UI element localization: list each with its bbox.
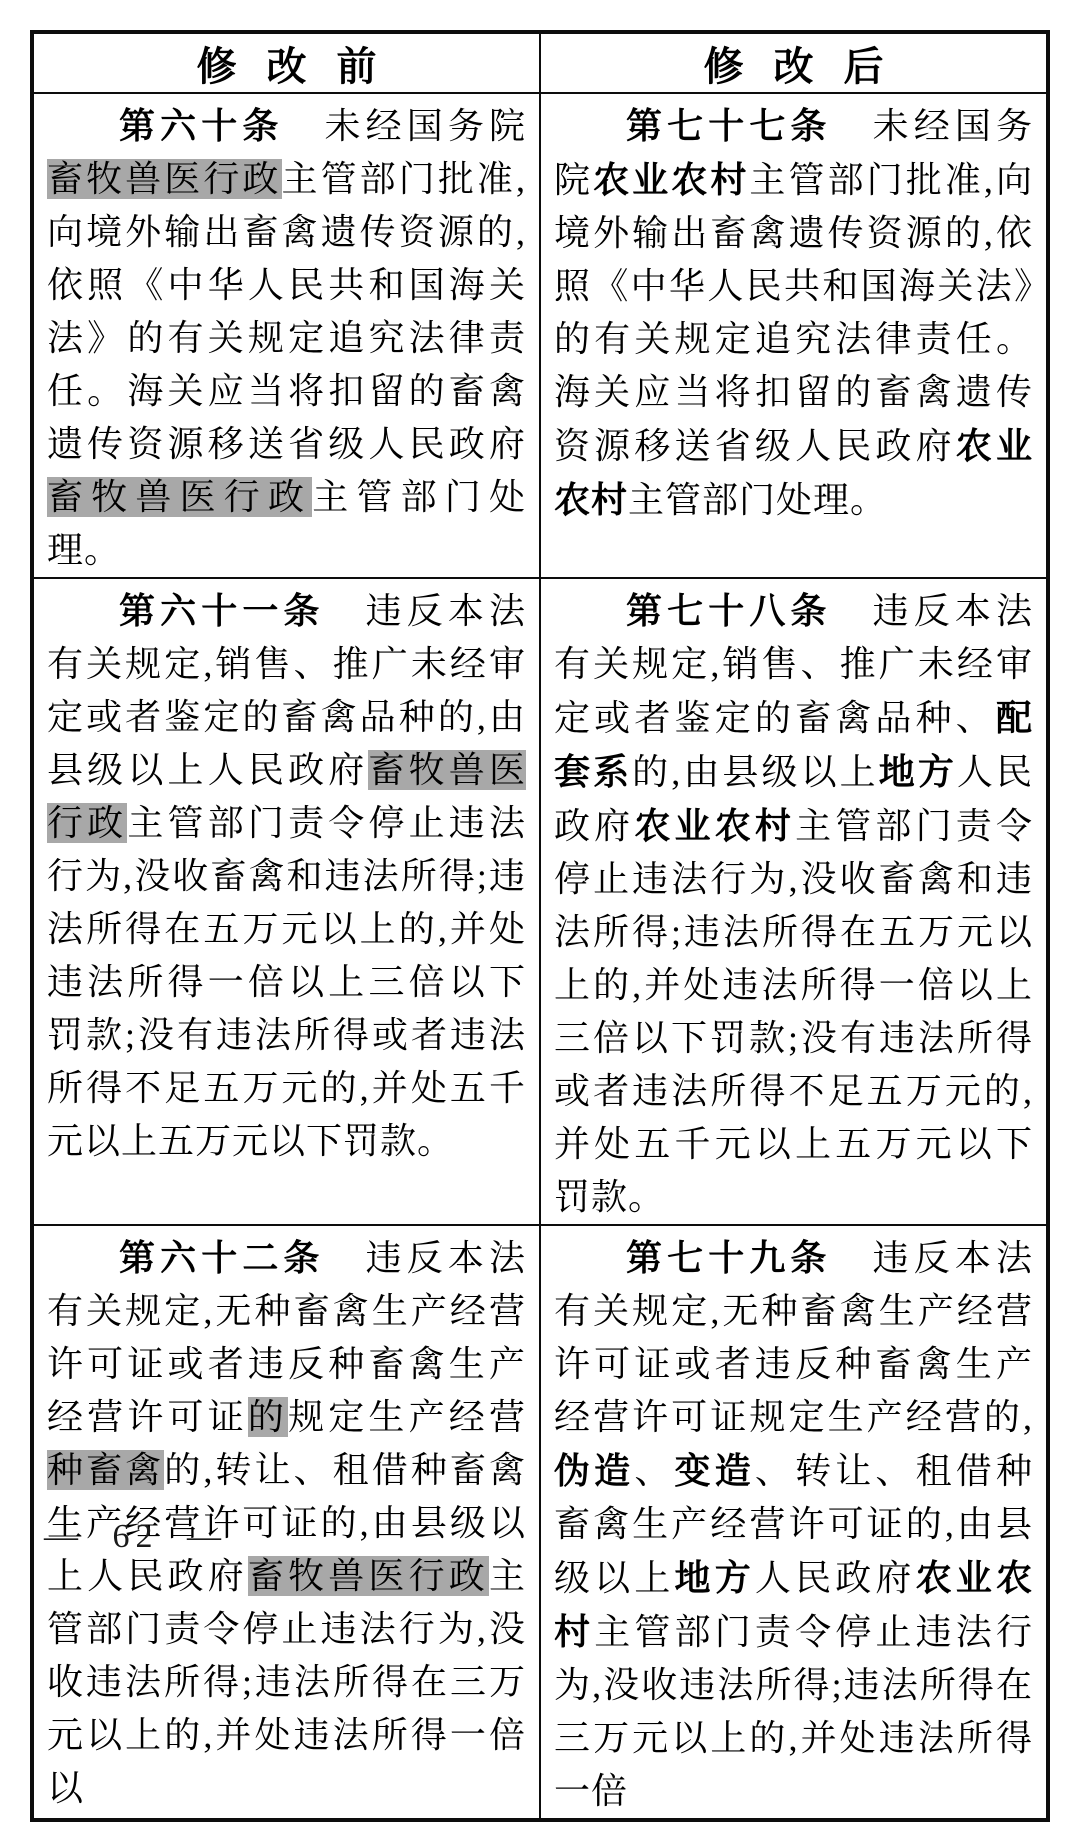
article-61-text: 第六十一条 违反本法有关规定,销售、推广未经审定或者鉴定的畜禽品种的,由县级以上… [47, 579, 526, 1168]
header-label-before: 修改前 [197, 45, 407, 89]
cell-after-article-79: 第七十九条 违反本法有关规定,无种畜禽生产经营许可证或者违反种畜禽生产经营许可证… [540, 1225, 1048, 1820]
cell-before-article-60: 第六十条 未经国务院畜牧兽医行政主管部门批准,向境外输出畜禽遗传资源的,依照《中… [32, 93, 540, 578]
cell-after-article-77: 第七十七条 未经国务院农业农村主管部门批准,向境外输出畜禽遗传资源的,依照《中华… [540, 93, 1048, 578]
table-row-article-61-78: 第六十一条 违反本法有关规定,销售、推广未经审定或者鉴定的畜禽品种的,由县级以上… [32, 578, 1048, 1225]
table-header-row: 修改前 修改后 [32, 32, 1048, 93]
cell-before-article-61: 第六十一条 违反本法有关规定,销售、推广未经审定或者鉴定的畜禽品种的,由县级以上… [32, 578, 540, 1225]
table-row-article-60-77: 第六十条 未经国务院畜牧兽医行政主管部门批准,向境外输出畜禽遗传资源的,依照《中… [32, 93, 1048, 578]
article-78-text: 第七十八条 违反本法有关规定,销售、推广未经审定或者鉴定的畜禽品种、配套系的,由… [554, 579, 1033, 1224]
header-label-after: 修改后 [704, 45, 914, 89]
article-60-text: 第六十条 未经国务院畜牧兽医行政主管部门批准,向境外输出畜禽遗传资源的,依照《中… [47, 94, 526, 577]
article-79-text: 第七十九条 违反本法有关规定,无种畜禽生产经营许可证或者违反种畜禽生产经营许可证… [554, 1226, 1033, 1818]
page-number-footer: — 62 — [44, 1518, 227, 1556]
cell-after-article-78: 第七十八条 违反本法有关规定,销售、推广未经审定或者鉴定的畜禽品种、配套系的,由… [540, 578, 1048, 1225]
header-cell-after: 修改后 [540, 32, 1048, 93]
article-77-text: 第七十七条 未经国务院农业农村主管部门批准,向境外输出畜禽遗传资源的,依照《中华… [554, 94, 1033, 527]
header-cell-before: 修改前 [32, 32, 540, 93]
